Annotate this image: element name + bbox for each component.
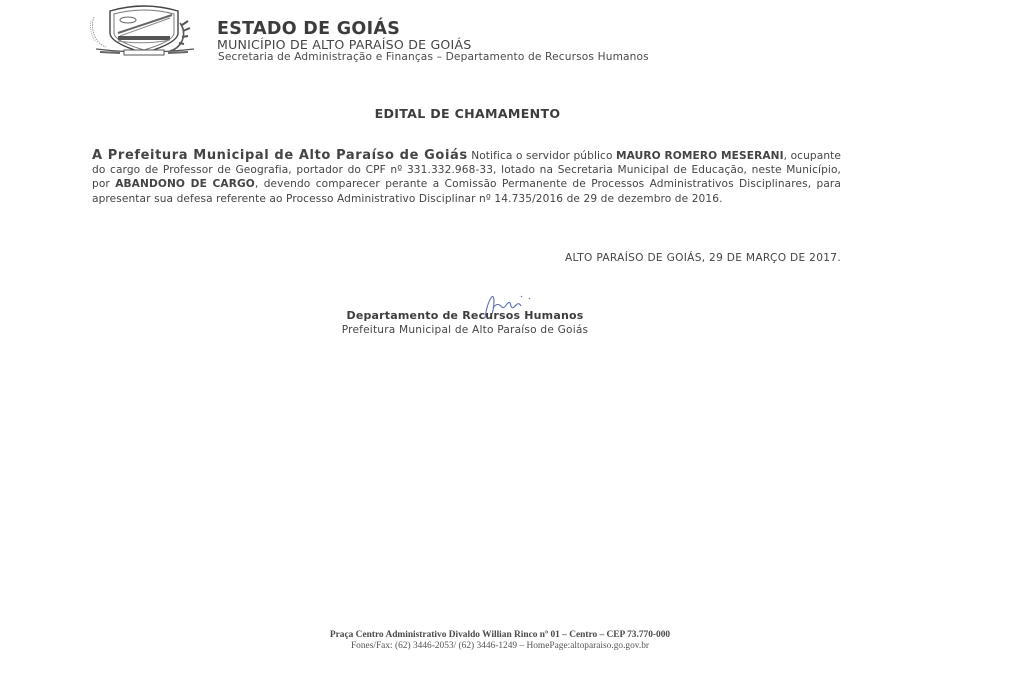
notice-lead: A Prefeitura Municipal de Alto Paraíso d… bbox=[92, 148, 468, 163]
signature-department: Departamento de Recursos Humanos bbox=[0, 309, 930, 323]
date-line: ALTO PARAÍSO DE GOIÁS, 29 DE MARÇO DE 20… bbox=[565, 252, 841, 264]
footer-address: Praça Centro Administrativo Divaldo Will… bbox=[0, 630, 1000, 641]
page-footer: Praça Centro Administrativo Divaldo Will… bbox=[0, 630, 1000, 652]
state-name: ESTADO DE GOIÁS bbox=[217, 20, 649, 38]
signature-organization: Prefeitura Municipal de Alto Paraíso de … bbox=[0, 323, 930, 337]
notice-reason: ABANDONO DE CARGO bbox=[115, 178, 255, 190]
coat-of-arms-icon bbox=[86, 3, 204, 63]
footer-contact: Fones/Fax: (62) 3446-2053/ (62) 3446-124… bbox=[0, 641, 1000, 652]
notice-body: A Prefeitura Municipal de Alto Paraíso d… bbox=[92, 149, 841, 206]
municipality-name: MUNICÍPIO DE ALTO PARAÍSO DE GOIÁS bbox=[217, 38, 649, 51]
notice-text-1: Notifica o servidor público bbox=[468, 150, 616, 162]
document-title: EDITAL DE CHAMAMENTO bbox=[0, 106, 935, 121]
secretariat-name: Secretaria de Administração e Finanças –… bbox=[218, 51, 649, 64]
employee-name: MAURO ROMERO MESERANI bbox=[616, 150, 784, 162]
signature-block: Departamento de Recursos Humanos Prefeit… bbox=[0, 309, 930, 337]
letterhead: ESTADO DE GOIÁS MUNICÍPIO DE ALTO PARAÍS… bbox=[217, 20, 649, 64]
